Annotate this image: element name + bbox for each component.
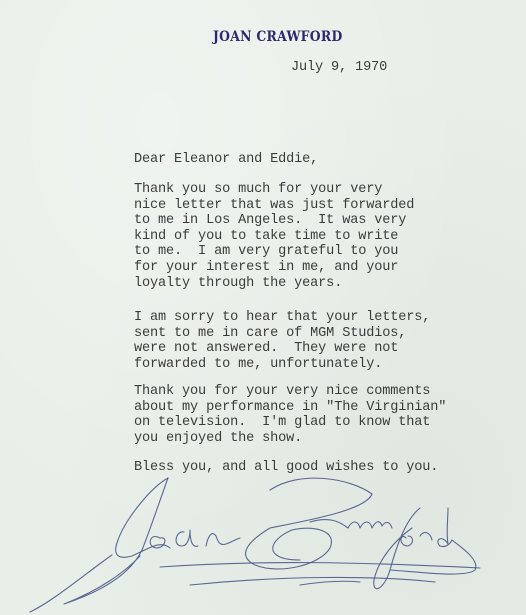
letter-date: July 9, 1970 bbox=[291, 60, 387, 76]
letter-paper: JOAN CRAWFORD July 9, 1970 Dear Eleanor … bbox=[0, 0, 526, 615]
letterhead: JOAN CRAWFORD bbox=[213, 29, 343, 45]
handwritten-signature bbox=[0, 0, 526, 615]
body-paragraph: Thank you so much for your very nice let… bbox=[134, 182, 414, 291]
body-paragraph: I am sorry to hear that your letters, se… bbox=[134, 310, 430, 372]
body-paragraph: Thank you for your very nice comments ab… bbox=[134, 384, 446, 446]
closing-line: Bless you, and all good wishes to you. bbox=[134, 460, 438, 476]
salutation: Dear Eleanor and Eddie, bbox=[134, 152, 318, 168]
